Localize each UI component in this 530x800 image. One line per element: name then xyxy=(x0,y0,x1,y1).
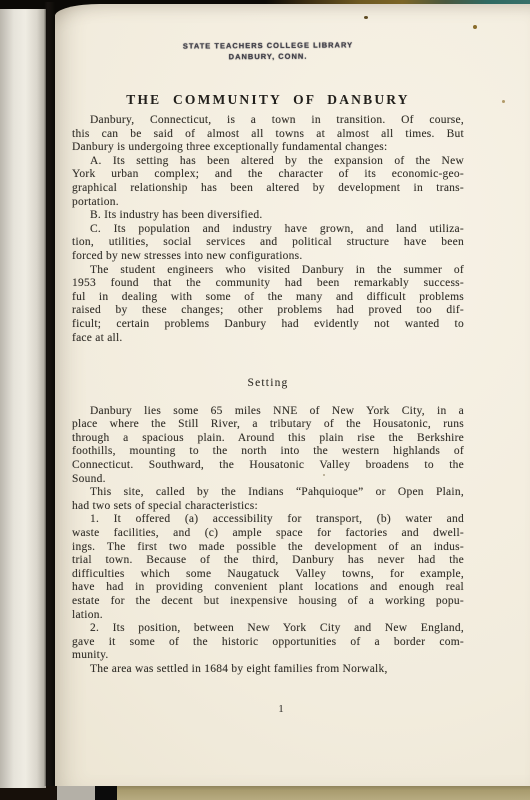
text-line: ings. The first two made possible the de… xyxy=(72,541,464,555)
scanned-page: STATE TEACHERS COLLEGE LIBRARY DANBURY, … xyxy=(55,4,530,786)
text-line: gave it some of the historic opportuniti… xyxy=(72,636,464,650)
text-line: York urban complex; and the character of… xyxy=(72,168,464,182)
text-line: had two sets of special characteristics: xyxy=(72,500,464,514)
text-line: Danbury lies some 65 miles NNE of New Yo… xyxy=(72,405,464,419)
text-line: 1953 found that the community had been r… xyxy=(72,277,464,291)
paper-speck xyxy=(364,16,368,19)
body-text: Danbury, Connecticut, is a town in trans… xyxy=(72,114,464,677)
text-line: 1. It offered (a) accessibility for tran… xyxy=(72,513,464,527)
text-line: Connecticut. Southward, the Housatonic V… xyxy=(72,459,464,473)
text-line: Danbury, Connecticut, is a town in trans… xyxy=(72,114,464,128)
facing-page-edge xyxy=(0,9,46,788)
paper-speck xyxy=(323,474,325,476)
library-stamp: STATE TEACHERS COLLEGE LIBRARY DANBURY, … xyxy=(72,39,464,64)
text-line: C. Its population and industry have grow… xyxy=(72,223,464,237)
book-cover-edge xyxy=(95,786,117,800)
text-line: foothills, mounting to the north into th… xyxy=(72,445,464,459)
text-line: The area was settled in 1684 by eight fa… xyxy=(72,663,464,677)
text-line: difficulties which some Naugatuck Valley… xyxy=(72,568,464,582)
text-line: waste facilities, and (c) ample space fo… xyxy=(72,527,464,541)
text-line: graphical relationship has been altered … xyxy=(72,182,464,196)
section-heading: Setting xyxy=(72,377,464,391)
text-line: estate for the decent but inexpensive ho… xyxy=(72,595,464,609)
desk-surface xyxy=(117,786,530,800)
text-line: Sound. xyxy=(72,473,464,487)
stamp-line-2: DANBURY, CONN. xyxy=(72,50,464,64)
text-line: face at all. xyxy=(72,332,464,346)
text-line: lation. xyxy=(72,609,464,623)
text-line: portation. xyxy=(72,196,464,210)
text-line: place where the Still River, a tributary… xyxy=(72,418,464,432)
paper-speck xyxy=(502,100,505,103)
text-line: A. Its setting has been altered by the e… xyxy=(72,155,464,169)
text-line: munity. xyxy=(72,649,464,663)
text-line: trial town. Because of the third, Danbur… xyxy=(72,554,464,568)
text-line: Danbury is undergoing three exceptionall… xyxy=(72,141,464,155)
text-line: 2. Its position, between New York City a… xyxy=(72,622,464,636)
text-line: B. Its industry has been diversified. xyxy=(72,209,464,223)
text-line: tion, utilities, social services and pol… xyxy=(72,236,464,250)
text-line: this can be said of almost all towns at … xyxy=(72,128,464,142)
text-line: forced by new stresses into new configur… xyxy=(72,250,464,264)
page-title: THE COMMUNITY OF DANBURY xyxy=(72,92,464,108)
book-page-scan: STATE TEACHERS COLLEGE LIBRARY DANBURY, … xyxy=(0,0,530,800)
text-line: raised by these changes; other problems … xyxy=(72,304,464,318)
text-line: ficult; certain problems Danbury had evi… xyxy=(72,318,464,332)
text-line: The student engineers who visited Danbur… xyxy=(72,264,464,278)
page-edge-bottom xyxy=(57,785,95,800)
text-line: ful in dealing with some of the many and… xyxy=(72,291,464,305)
book-gutter xyxy=(44,2,55,786)
text-line: through a spacious plain. Around this pl… xyxy=(72,432,464,446)
page-number: 1 xyxy=(85,703,477,715)
text-line: have had in providing convenient plant l… xyxy=(72,581,464,595)
paper-speck xyxy=(473,25,477,29)
text-line: This site, called by the Indians “Pahqui… xyxy=(72,486,464,500)
